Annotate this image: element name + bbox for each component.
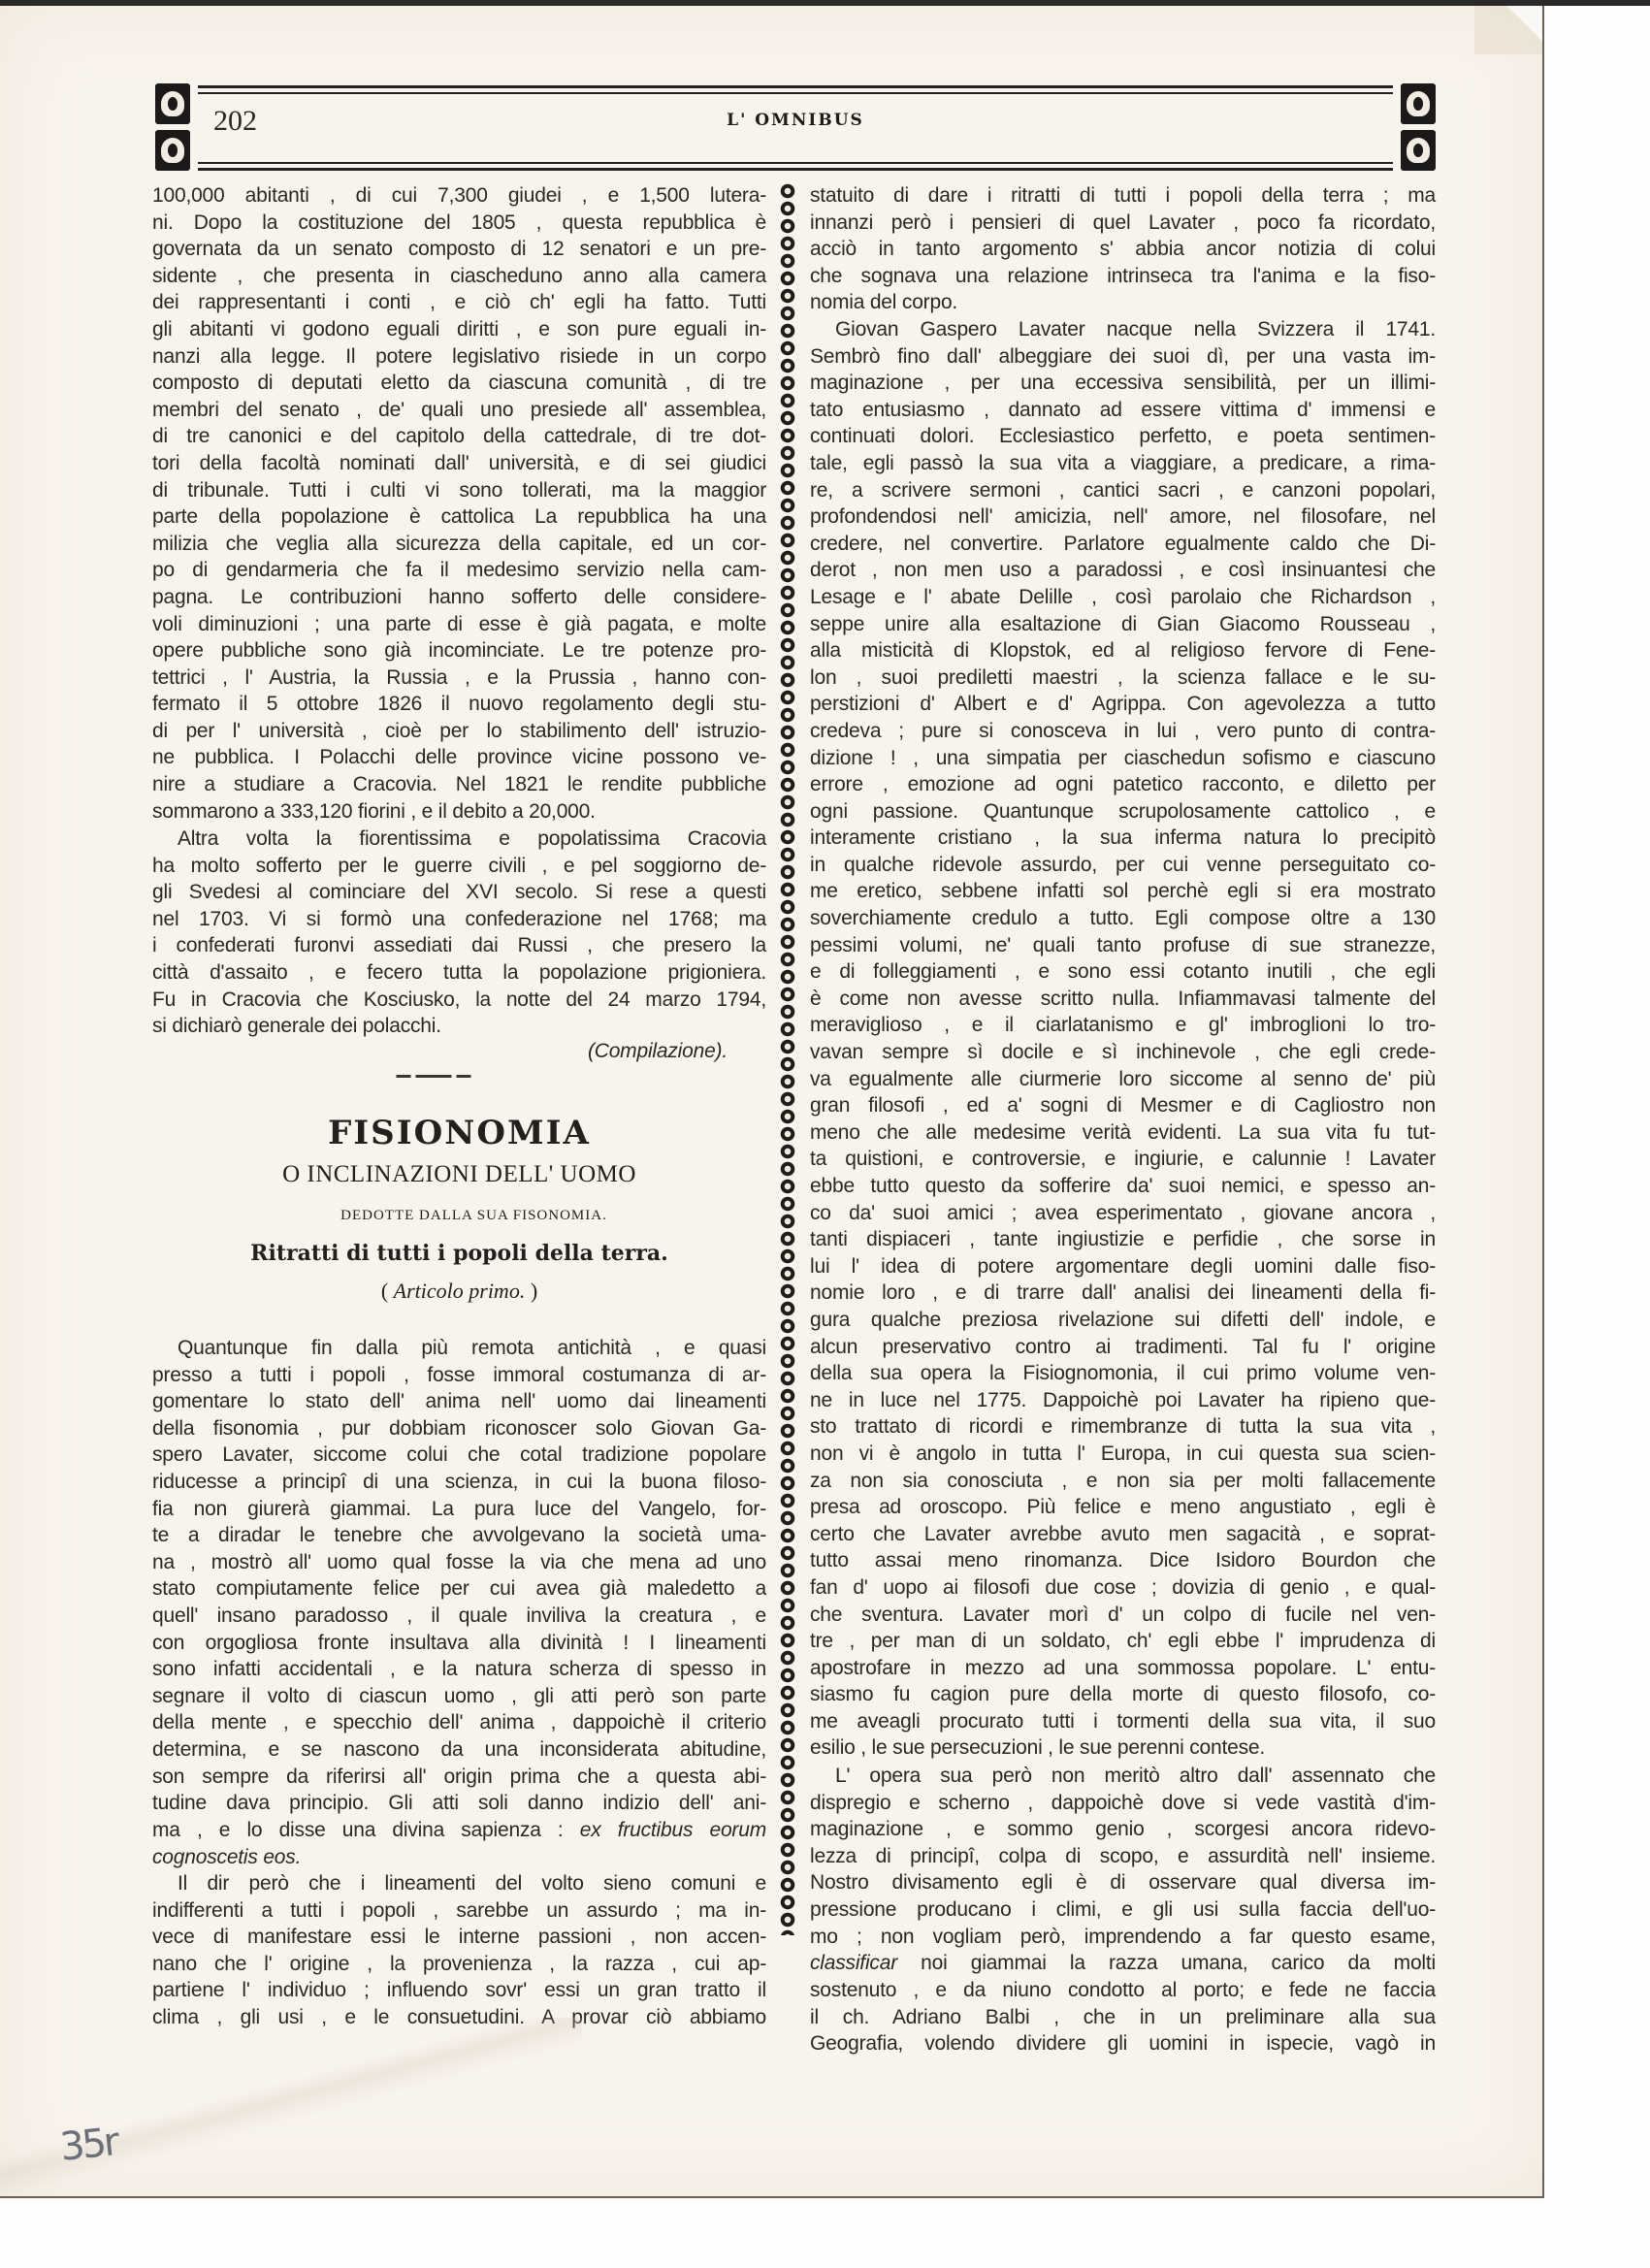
body-line: tettrici , l' Austria, la Russia , e la … [152,664,766,692]
body-line: 100,000 abitanti , di cui 7,300 giudei ,… [152,182,766,210]
body-line: nire a studiare a Cracovia. Nel 1821 le … [152,771,766,798]
body-line: pessimi volumi, ne' quali tanto profuse … [810,932,1436,959]
body-line: Geografia, volendo dividere gli uomini i… [810,2030,1436,2057]
body-line: Fu in Cracovia che Kosciusko, la notte d… [152,987,766,1014]
body-line: maginazione , e sommo genio , scorgesi a… [810,1816,1436,1843]
body-line: e di folleggiamenti , e sono essi cotant… [810,958,1436,986]
article-latin-quote: ma , e lo disse una divina sapienza : ex… [152,1817,766,1870]
body-line: sono infatti accidentali , e la natura s… [152,1656,766,1683]
body-line: sommarono a 333,120 fiorini , e il debit… [152,798,766,826]
article-subtitle: O INCLINAZIONI DELL' UOMO [152,1161,766,1188]
body-line: innanzi però i pensieri di quel Lavater … [810,210,1436,237]
body-line: in qualche ridevole assurdo, per cui ven… [810,852,1436,879]
left-column: 100,000 abitanti , di cui 7,300 giudei ,… [152,182,766,825]
body-line: riducesse a principî di una scienza, in … [152,1469,766,1496]
right-column-lavater-bio: Giovan Gaspero Lavater nacque nella Sviz… [810,316,1436,1762]
body-line: clima , gli usi , e le consuetudini. A p… [152,2004,766,2031]
body-line: fia non giurerà giammai. La pura luce de… [152,1496,766,1523]
column-divider [779,182,796,1935]
body-line: apostrofare in mezzo ad una sommossa pop… [810,1655,1436,1682]
header-rule-top [198,85,1393,98]
article-body-left-2: Il dir però che i lineamenti del volto s… [152,1870,766,2031]
body-line: ta quistioni, e controversie, e ingiurie… [810,1146,1436,1173]
body-line: ogni passione. Quantunque scrupolosament… [810,798,1436,826]
body-line: di per l' università , cioè per lo stabi… [152,718,766,745]
body-line: re, a scrivere sermoni , cantici sacri ,… [810,477,1436,504]
body-line: ma , e lo disse una divina sapienza : ex… [152,1817,766,1844]
body-line: quell' insano paradosso , il quale invil… [152,1603,766,1630]
body-line: fermato il 5 ottobre 1826 il nuovo regol… [152,691,766,718]
body-line: città d'assaito , e fecero tutta la popo… [152,959,766,987]
body-line: lezza di principî, colpa di scopo, e ass… [810,1843,1436,1870]
body-line: credere, nel convertire. Parlatore egual… [810,531,1436,558]
body-line: stato compiutamente felice per cui avea … [152,1575,766,1603]
body-line: pagna. Le contribuzioni hanno sofferto d… [152,584,766,611]
body-line: che sventura. Lavater morì d' un colpo d… [810,1602,1436,1629]
body-line: gli Svedesi al cominciare del XVI secolo… [152,879,766,906]
body-line: parte della popolazione è cattolica La r… [152,503,766,531]
body-line: nomia del corpo. [810,289,1436,316]
body-line: gran filosofi , ed a' sogni di Mesmer e … [810,1092,1436,1119]
body-line: soverchiamente credulo a tutto. Egli com… [810,905,1436,932]
left-column-paragraph-2: Altra volta la fiorentissima e popolatis… [152,826,766,1040]
body-line: gomentare lo stato dell' anima nell' uom… [152,1388,766,1415]
right-column: statuito di dare i ritratti di tutti i p… [810,182,1436,316]
body-line: mo ; non vogliam però, imprendendo a far… [810,1924,1436,1951]
body-line: della mente , e specchio dell' anima , d… [152,1709,766,1736]
body-line: governata da un senato composto di 12 se… [152,236,766,263]
part-paren-close: ) [525,1279,537,1303]
body-line: za non sia conosciuta , e non sia per mo… [810,1468,1436,1495]
body-line: nanzi alla legge. Il potere legislativo … [152,343,766,371]
body-line: milizia che veglia alla sicurezza della … [152,531,766,558]
attribution: (Compilazione). [152,1038,766,1065]
body-line: sostenuto , e da niuno condotto al porto… [810,1977,1436,2004]
body-line: te a diradar le tenebre che avvolgevano … [152,1522,766,1549]
body-line: L' opera sua però non meritò altro dall'… [810,1763,1436,1790]
body-line: Altra volta la fiorentissima e popolatis… [152,826,766,853]
body-line: Quantunque fin dalla più remota antichit… [152,1335,766,1362]
body-line: partiene l' individuo ; influendo sovr' … [152,1977,766,2004]
body-line: indifferenti a tutti i popoli , sarebbe … [152,1897,766,1925]
body-line: della fisonomia , pur dobbiam riconoscer… [152,1415,766,1442]
body-line: cognoscetis eos. [152,1844,766,1871]
body-line: gura qualche preziosa rivelazione sui di… [810,1307,1436,1334]
body-line: vavan sempre sì docile e sì inchinevole … [810,1039,1436,1066]
body-line: tato entusiasmo , dannato ad essere vitt… [810,397,1436,424]
right-column-critique: L' opera sua però non meritò altro dall'… [810,1763,1436,1950]
body-line: seppe unire alla esaltazione di Gian Gia… [810,611,1436,638]
body-line: dizione ! , una simpatia per ciaschedun … [810,745,1436,772]
body-line: ebbe tutto questo da sofferire da' suoi … [810,1173,1436,1200]
handwritten-folio-note: 35r [58,2120,119,2170]
body-line: presso a tutti i popoli , fosse immoral … [152,1362,766,1389]
body-line: co da' suoi amici ; avea esperimentato ,… [810,1200,1436,1227]
body-line: siasmo fu cagion pure della morte di que… [810,1681,1436,1708]
body-line: tale, egli passò la sua vita a viaggiare… [810,450,1436,477]
body-line: meno che alle medesime verità evidenti. … [810,1119,1436,1147]
article-part: ( Articolo primo. ) [152,1279,766,1304]
body-line: tori della facoltà nominati dall' univer… [152,450,766,477]
body-line: composto di deputati eletto da ciascuna … [152,370,766,397]
body-line: po di gendarmeria che fa il medesimo ser… [152,557,766,584]
header-rule-bottom [198,158,1393,171]
body-line: ne in luce nel 1775. Dappoichè poi Lavat… [810,1387,1436,1414]
body-line: il ch. Adriano Balbi , che in un prelimi… [810,2004,1436,2031]
body-line: di tre canonici e del capitolo della cat… [152,423,766,450]
body-line: derot , non men uso a paradossi , e così… [810,557,1436,584]
body-line: lui l' idea di potere argomentare degli … [810,1253,1436,1280]
body-line: alcun preservativo contro ai tradimenti.… [810,1334,1436,1361]
body-line: tudine dava principio. Gli atti soli dan… [152,1790,766,1817]
body-line: della sua opera la Fisiognomonia, il cui… [810,1360,1436,1387]
body-line: acciò in tanto argomento s' abbia ancor … [810,236,1436,263]
body-line: certo che Lavater avrebbe avuto men saga… [810,1521,1436,1548]
article-section-heading: Ritratti di tutti i popoli della terra. [152,1241,766,1266]
folded-corner [1474,6,1542,54]
body-line: sto trattato di ricordi e rimembranze di… [810,1413,1436,1441]
body-line: son sempre da riferirsi all' origin prim… [152,1764,766,1791]
page-header: 202 L' OMNIBUS [155,83,1436,171]
body-line: opere pubbliche sono già incominciate. L… [152,637,766,664]
body-line: me eretico, sebbene infatti sol perchè e… [810,878,1436,905]
body-line: lon , suoi prediletti maestri , la scien… [810,664,1436,692]
journal-title: L' OMNIBUS [155,111,1436,130]
body-line: errore , emozione ad ogni patetico racco… [810,771,1436,798]
body-line: che sognava una relazione intrinseca tra… [810,263,1436,290]
article-body-left: Quantunque fin dalla più remota antichit… [152,1335,766,1817]
body-line: segnare il volto di ciascun uomo , gli a… [152,1683,766,1710]
body-line: credeva ; pure si conosceva in lui , ver… [810,718,1436,745]
body-line: tanti dispiaceri , tante ingiustizie e p… [810,1226,1436,1253]
body-line: dispregio e scherno , dappoichè dove si … [810,1790,1436,1817]
ornament-right-icon [1401,83,1436,171]
body-line: tutto assai meno rinomanza. Dice Isidoro… [810,1547,1436,1574]
body-line: esilio , le sue persecuzioni , le sue pe… [810,1734,1436,1762]
body-line: di tribunale. Tutti i culti vi sono toll… [152,477,766,504]
body-line: alla misticità di Klopstok, ed al religi… [810,637,1436,664]
body-line: ne pubblica. I Polacchi delle province v… [152,744,766,771]
body-line: si dichiarò generale dei polacchi. [152,1013,766,1040]
right-column-ending: sostenuto , e da niuno condotto al porto… [810,1977,1436,2057]
attribution-wrap: (Compilazione). [152,1038,766,1065]
body-line: nano che l' origine , la provenienza , l… [152,1951,766,1978]
body-line: maginazione , per una eccessiva sensibil… [810,370,1436,397]
body-line: non vi è angolo in tutta l' Europa, in c… [810,1441,1436,1468]
part-label: Articolo primo. [394,1279,526,1303]
body-line: na , mostrò all' uomo qual fosse la via … [152,1549,766,1576]
body-line: fan d' uopo ai filosofi due cose ; doviz… [810,1574,1436,1602]
body-line: classificar noi giammai la razza umana, … [810,1950,1436,1977]
body-line: tre , per man di un soldato, ch' egli eb… [810,1628,1436,1655]
body-line: i confederati furonvi assediati dai Russ… [152,932,766,959]
body-line: interamente cristiano , la sua inferma n… [810,825,1436,852]
body-line: gli abitanti vi godono eguali diritti , … [152,316,766,343]
right-column-classificar: classificar noi giammai la razza umana, … [810,1950,1436,1977]
body-line: continuati dolori. Ecclesiastico perfett… [810,423,1436,450]
body-line: meraviglioso , e il ciarlatanismo e gl' … [810,1012,1436,1039]
body-line: Sembrò fino dall' albeggiare dei suoi dì… [810,343,1436,371]
body-line: profondendosi nell' amicizia, nell' amor… [810,503,1436,531]
body-line: con orgogliosa fronte insultava alla div… [152,1630,766,1657]
body-line: perstizioni d' Albert e d' Agrippa. Con … [810,691,1436,718]
body-line: è come non avesse scritto nulla. Infiamm… [810,986,1436,1013]
body-line: Nostro divisamento egli è di osservare q… [810,1869,1436,1896]
body-line: spero Lavater, siccome colui che cotal t… [152,1442,766,1469]
body-line: pressione producano i climi, e gli usi s… [810,1896,1436,1924]
body-line: me aveagli procurato tutti i tormenti de… [810,1708,1436,1735]
body-line: presa ad oroscopo. Più felice e meno ang… [810,1494,1436,1521]
body-line: Il dir però che i lineamenti del volto s… [152,1870,766,1897]
body-line: dei rappresentanti i conti , e ciò ch' e… [152,289,766,316]
body-line: nomie loro , e di trarre dall' analisi d… [810,1280,1436,1307]
body-line: membri del senato , de' quali uno presie… [152,397,766,424]
body-line: ni. Dopo la costituzione del 1805 , ques… [152,210,766,237]
section-separator-ornament-icon [393,1071,474,1081]
body-line: nel 1703. Vi si formò una confederazione… [152,906,766,933]
body-line: voli diminuzioni ; una parte di esse è g… [152,611,766,638]
part-paren-open: ( [381,1279,394,1303]
body-line: statuito di dare i ritratti di tutti i p… [810,182,1436,210]
body-line: Lesage e l' abate Delille , così parolai… [810,584,1436,611]
article-title: FISIONOMIA [152,1114,766,1152]
body-line: sidente , che presenta in ciascheduno an… [152,263,766,290]
body-line: Giovan Gaspero Lavater nacque nella Sviz… [810,316,1436,343]
body-line: determina, e se nascono da una inconside… [152,1736,766,1764]
article-subtitle-2: DEDOTTE DALLA SUA FISONOMIA. [152,1208,766,1224]
body-line: ha molto sofferto per le guerre civili ,… [152,853,766,880]
body-line: va egualmente alle ciurmerie loro siccom… [810,1066,1436,1093]
body-line: vece di manifestare essi le interne pass… [152,1924,766,1951]
